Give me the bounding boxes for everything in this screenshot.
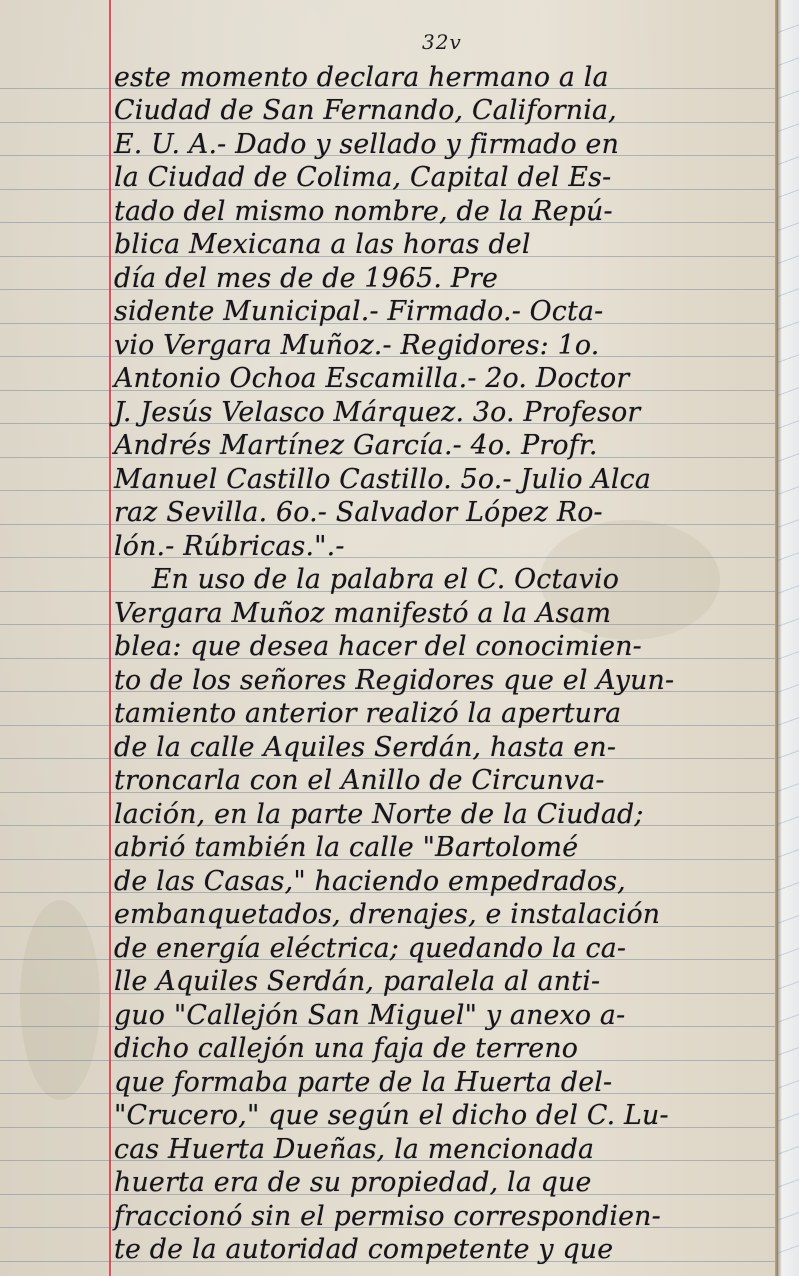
binding-shadow (778, 0, 782, 1276)
text-line: embanquetados, drenajes, e instalación (114, 898, 769, 932)
text-line: J. Jesús Velasco Márquez. 3o. Profesor (114, 396, 769, 430)
text-line: te de la autoridad competente y que (114, 1233, 769, 1267)
text-line: cas Huerta Dueñas, la mencionada (114, 1133, 769, 1167)
text-line: raz Sevilla. 6o.- Salvador López Ro- (114, 496, 769, 530)
text-line: huerta era de su propiedad, la que (114, 1166, 769, 1200)
red-margin-line (109, 0, 111, 1276)
text-line: to de los señores Regidores que el Ayun- (114, 664, 769, 698)
text-line: dicho callejón una faja de terreno (114, 1032, 769, 1066)
text-line: E. U. A.- Dado y sellado y firmado en (114, 128, 769, 162)
text-line: este momento declara hermano a la (114, 61, 769, 95)
text-line: guo "Callejón San Miguel" y anexo a- (114, 999, 769, 1033)
text-line: de la calle Aquiles Serdán, hasta en- (114, 731, 769, 765)
text-line: de las Casas," haciendo empedrados, (114, 865, 769, 899)
text-line: lación, en la parte Norte de la Ciudad; (114, 798, 769, 832)
handwritten-text: este momento declara hermano a la Ciudad… (114, 61, 774, 1267)
text-line: la Ciudad de Colima, Capital del Es- (114, 161, 769, 195)
text-line: de energía eléctrica; quedando la ca- (114, 932, 769, 966)
text-line: abrió también la calle "Bartolomé (114, 831, 769, 865)
text-line: lón.- Rúbricas.".- (114, 530, 769, 564)
text-line: día del mes de de 1965. Pre (114, 262, 769, 296)
text-line: vio Vergara Muñoz.- Regidores: 1o. (114, 329, 769, 363)
text-line: sidente Municipal.- Firmado.- Octa- (114, 295, 769, 329)
text-line: tamiento anterior realizó la apertura (114, 697, 769, 731)
text-line: troncarla con el Anillo de Circunva- (114, 764, 769, 798)
text-line: lle Aquiles Serdán, paralela al anti- (114, 965, 769, 999)
ledger-page: 32v este momento declara hermano a la Ci… (0, 0, 778, 1276)
adjacent-sheet-edge (778, 0, 799, 1276)
text-line: Manuel Castillo Castillo. 5o.- Julio Alc… (114, 463, 769, 497)
text-line: "Crucero," que según el dicho del C. Lu- (114, 1099, 769, 1133)
text-line: que formaba parte de la Huerta del- (114, 1066, 769, 1100)
paper-stain (20, 900, 100, 1100)
text-line: Vergara Muñoz manifestó a la Asam (114, 597, 769, 631)
text-line: blica Mexicana a las horas del (114, 228, 769, 262)
text-line: Ciudad de San Fernando, California, (114, 94, 769, 128)
page-number: 32v (422, 30, 462, 54)
paragraph-start-line: En uso de la palabra el C. Octavio (114, 563, 769, 597)
text-line: blea: que desea hacer del conocimien- (114, 630, 769, 664)
text-line: fraccionó sin el permiso correspondien- (114, 1200, 769, 1234)
text-line: Andrés Martínez García.- 4o. Profr. (114, 429, 769, 463)
text-line: Antonio Ochoa Escamilla.- 2o. Doctor (114, 362, 769, 396)
text-line: tado del mismo nombre, de la Repú- (114, 195, 769, 229)
